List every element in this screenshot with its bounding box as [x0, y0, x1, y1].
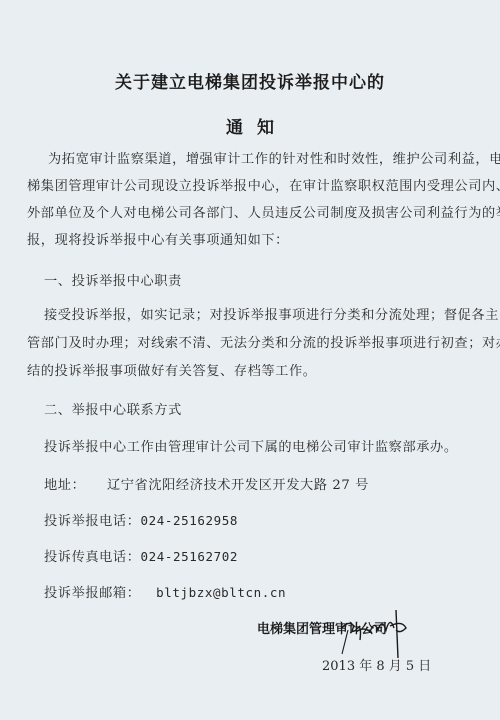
- email-row: 投诉举报邮箱： bltjbzx@bltcn.cn: [44, 585, 286, 602]
- email-label: 投诉举报邮箱：: [44, 586, 141, 601]
- address-label: 地址：: [44, 478, 85, 493]
- document-subtitle: 通知: [0, 113, 500, 138]
- section2-heading: 二、举报中心联系方式: [44, 403, 182, 419]
- handwritten-signature-icon: [340, 610, 420, 660]
- address-row: 地址： 辽宁省沈阳经济技术开发区开发大路 27 号: [44, 478, 369, 494]
- document-title: 关于建立电梯集团投诉举报中心的: [0, 68, 500, 93]
- signature-date: 2013 年 8 月 5 日: [322, 655, 431, 674]
- phone-label: 投诉举报电话：: [44, 514, 141, 529]
- section1-line-2: 管部门及时办理；对线索不清、无法分类和分流的投诉举报事项进行初查；对办: [27, 336, 500, 352]
- address-value: 辽宁省沈阳经济技术开发区开发大路 27 号: [107, 478, 369, 493]
- section2-body: 投诉举报中心工作由管理审计公司下属的电梯公司审计监察部承办。: [44, 440, 458, 456]
- section1-line-3: 结的投诉举报事项做好有关答复、存档等工作。: [27, 364, 317, 380]
- phone-row: 投诉举报电话：024-25162958: [44, 513, 238, 530]
- fax-label: 投诉传真电话：: [44, 550, 141, 565]
- intro-line-4: 报，现将投诉举报中心有关事项通知如下：: [27, 233, 289, 249]
- intro-line-3: 外部单位及个人对电梯公司各部门、人员违反公司制度及损害公司利益行为的举: [27, 206, 500, 222]
- section1-line-1: 接受投诉举报，如实记录；对投诉举报事项进行分类和分流处理；督促各主: [44, 308, 499, 324]
- fax-value: 024-25162702: [141, 549, 239, 564]
- phone-value: 024-25162958: [141, 513, 239, 528]
- intro-line-2: 梯集团管理审计公司现设立投诉举报中心，在审计监察职权范围内受理公司内、: [27, 179, 500, 195]
- fax-row: 投诉传真电话：024-25162702: [44, 549, 238, 566]
- section1-heading: 一、投诉举报中心职责: [44, 274, 182, 290]
- email-value: bltjbzx@bltcn.cn: [156, 585, 286, 600]
- intro-line-1: 为拓宽审计监察渠道，增强审计工作的针对性和时效性，维护公司利益，电: [48, 152, 500, 168]
